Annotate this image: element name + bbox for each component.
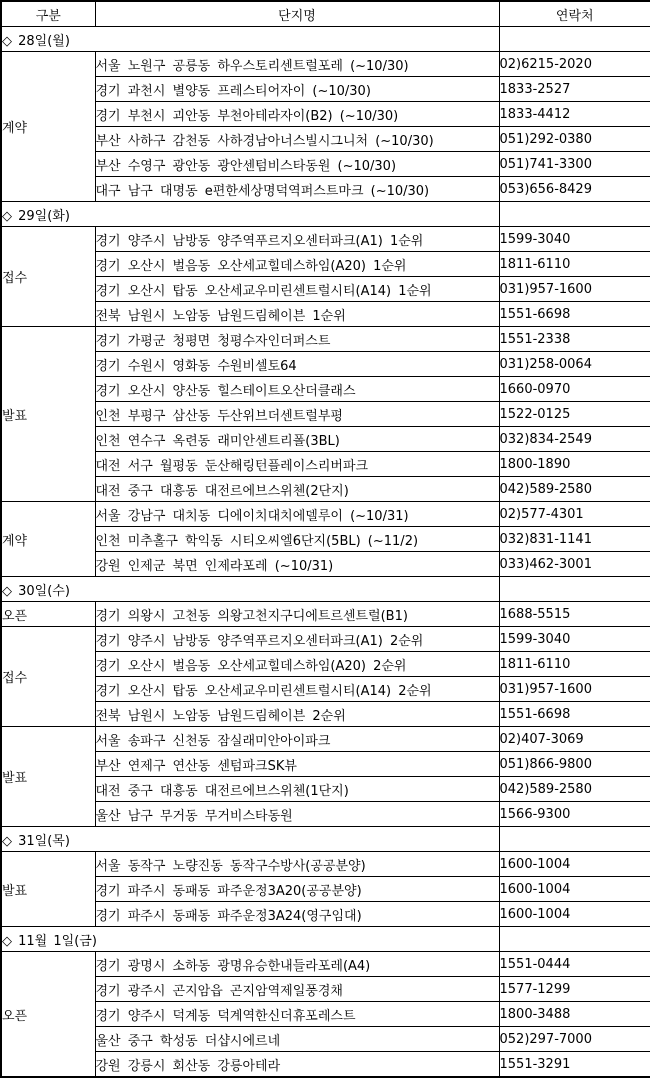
table-row: 경기 광주시 곤지암읍 곤지암역제일풍경채1577-1299: [1, 977, 650, 1002]
column-header-contact: 연락처: [499, 1, 650, 27]
date-row: ◇ 30일(수): [1, 577, 650, 602]
complex-name-cell: 전북 남원시 노암동 남원드림헤이븐 1순위: [95, 302, 499, 327]
complex-name-cell: 전북 남원시 노암동 남원드림헤이븐 2순위: [95, 702, 499, 727]
complex-name-cell: 서울 송파구 신천동 잠실래미안아이파크: [95, 727, 499, 752]
complex-name-cell: 경기 양주시 덕계동 덕계역한신더휴포레스트: [95, 1002, 499, 1027]
complex-name-cell: 경기 오산시 벌음동 오산세교힐데스하임(A20) 1순위: [95, 252, 499, 277]
table-row: 경기 부천시 괴안동 부천아테라자이(B2) (~10/30)1833-4412: [1, 102, 650, 127]
contact-cell: 1551-6698: [499, 702, 650, 727]
table-row: 부산 연제구 연산동 센텀파크SK뷰051)866-9800: [1, 752, 650, 777]
date-row-empty-contact-cell: [499, 577, 650, 602]
category-cell: 접수: [1, 227, 95, 327]
complex-name-cell: 경기 오산시 탑동 오산세교우미린센트럴시티(A14) 1순위: [95, 277, 499, 302]
complex-name-cell: 경기 오산시 벌음동 오산세교힐데스하임(A20) 2순위: [95, 652, 499, 677]
table-row: 인천 미추홀구 학익동 시티오씨엘6단지(5BL) (~11/2)032)831…: [1, 527, 650, 552]
contact-cell: 1833-4412: [499, 102, 650, 127]
contact-cell: 1688-5515: [499, 602, 650, 627]
table-row: 발표서울 송파구 신천동 잠실래미안아이파크02)407-3069: [1, 727, 650, 752]
contact-cell: 1599-3040: [499, 227, 650, 252]
table-row: 경기 오산시 양산동 힐스테이트오산더클래스1660-0970: [1, 377, 650, 402]
date-row-empty-contact-cell: [499, 27, 650, 52]
contact-cell: 032)831-1141: [499, 527, 650, 552]
table-row: 경기 파주시 동패동 파주운정3A24(영구임대)1600-1004: [1, 902, 650, 927]
category-cell: 발표: [1, 852, 95, 927]
date-row-empty-contact-cell: [499, 827, 650, 852]
table-row: 접수경기 양주시 남방동 양주역푸르지오센터파크(A1) 1순위1599-304…: [1, 227, 650, 252]
table-row: 계약서울 강남구 대치동 디에이치대치에델루이 (~10/31)02)577-4…: [1, 502, 650, 527]
complex-name-cell: 서울 강남구 대치동 디에이치대치에델루이 (~10/31): [95, 502, 499, 527]
complex-name-cell: 인천 연수구 옥련동 래미안센트리폴(3BL): [95, 427, 499, 452]
complex-name-cell: 경기 가평군 청평면 청평수자인더퍼스트: [95, 327, 499, 352]
date-label: ◇ 31일(목): [1, 827, 499, 852]
contact-cell: 1522-0125: [499, 402, 650, 427]
category-cell: 계약: [1, 502, 95, 577]
contact-cell: 032)834-2549: [499, 427, 650, 452]
complex-name-cell: 울산 남구 무거동 무거비스타동원: [95, 802, 499, 827]
complex-name-cell: 대전 서구 월평동 둔산해링턴플레이스리버파크: [95, 452, 499, 477]
complex-name-cell: 경기 오산시 탑동 오산세교우미린센트럴시티(A14) 2순위: [95, 677, 499, 702]
complex-name-cell: 경기 파주시 동패동 파주운정3A24(영구임대): [95, 902, 499, 927]
table-row: 경기 과천시 별양동 프레스티어자이 (~10/30)1833-2527: [1, 77, 650, 102]
contact-cell: 1811-6110: [499, 252, 650, 277]
table-row: 부산 사하구 감천동 사하경남아너스빌시그니처 (~10/30)051)292-…: [1, 127, 650, 152]
complex-name-cell: 부산 연제구 연산동 센텀파크SK뷰: [95, 752, 499, 777]
contact-cell: 1600-1004: [499, 852, 650, 877]
complex-name-cell: 경기 수원시 영화동 수원비셀토64: [95, 352, 499, 377]
date-label: ◇ 28일(월): [1, 27, 499, 52]
table-row: 계약서울 노원구 공릉동 하우스토리센트럴포레 (~10/30)02)6215-…: [1, 52, 650, 77]
contact-cell: 031)957-1600: [499, 277, 650, 302]
contact-cell: 051)741-3300: [499, 152, 650, 177]
category-cell: 발표: [1, 727, 95, 827]
contact-cell: 053)656-8429: [499, 177, 650, 202]
contact-cell: 033)462-3001: [499, 552, 650, 577]
contact-cell: 1599-3040: [499, 627, 650, 652]
table-row: 오픈경기 의왕시 고천동 의왕고천지구디에트르센트럴(B1)1688-5515: [1, 602, 650, 627]
contact-cell: 042)589-2580: [499, 777, 650, 802]
contact-cell: 052)297-7000: [499, 1027, 650, 1052]
contact-cell: 1800-1890: [499, 452, 650, 477]
table-row: 대구 남구 대명동 e편한세상명덕역퍼스트마크 (~10/30)053)656-…: [1, 177, 650, 202]
complex-name-cell: 강원 인제군 북면 인제라포레 (~10/31): [95, 552, 499, 577]
contact-cell: 1577-1299: [499, 977, 650, 1002]
complex-name-cell: 경기 파주시 동패동 파주운정3A20(공공분양): [95, 877, 499, 902]
complex-name-cell: 서울 노원구 공릉동 하우스토리센트럴포레 (~10/30): [95, 52, 499, 77]
complex-name-cell: 인천 부평구 삼산동 두산위브더센트럴부평: [95, 402, 499, 427]
date-label: ◇ 29일(화): [1, 202, 499, 227]
complex-name-cell: 대전 중구 대흥동 대전르에브스위첸(1단지): [95, 777, 499, 802]
date-row: ◇ 11월 1일(금): [1, 927, 650, 952]
category-cell: 접수: [1, 627, 95, 727]
category-cell: 계약: [1, 52, 95, 202]
contact-cell: 1600-1004: [499, 877, 650, 902]
table-row: 경기 오산시 탑동 오산세교우미린센트럴시티(A14) 2순위031)957-1…: [1, 677, 650, 702]
contact-cell: 1600-1004: [499, 902, 650, 927]
date-label: ◇ 30일(수): [1, 577, 499, 602]
contact-cell: 031)258-0064: [499, 352, 650, 377]
contact-cell: 1811-6110: [499, 652, 650, 677]
table-row: 전북 남원시 노암동 남원드림헤이븐 2순위1551-6698: [1, 702, 650, 727]
category-cell: 발표: [1, 327, 95, 502]
complex-name-cell: 경기 의왕시 고천동 의왕고천지구디에트르센트럴(B1): [95, 602, 499, 627]
complex-name-cell: 경기 과천시 별양동 프레스티어자이 (~10/30): [95, 77, 499, 102]
table-row: 접수경기 양주시 남방동 양주역푸르지오센터파크(A1) 2순위1599-304…: [1, 627, 650, 652]
table-row: 대전 서구 월평동 둔산해링턴플레이스리버파크1800-1890: [1, 452, 650, 477]
date-label: ◇ 11월 1일(금): [1, 927, 499, 952]
complex-name-cell: 강원 강릉시 회산동 강릉아테라: [95, 1052, 499, 1078]
table-row: 전북 남원시 노암동 남원드림헤이븐 1순위1551-6698: [1, 302, 650, 327]
contact-cell: 1566-9300: [499, 802, 650, 827]
contact-cell: 031)957-1600: [499, 677, 650, 702]
complex-name-cell: 경기 광명시 소하동 광명유승한내들라포레(A4): [95, 952, 499, 977]
category-cell: 오픈: [1, 602, 95, 627]
category-cell: 오픈: [1, 952, 95, 1078]
table-row: 발표서울 동작구 노량진동 동작구수방사(공공분양)1600-1004: [1, 852, 650, 877]
table-row: 인천 부평구 삼산동 두산위브더센트럴부평1522-0125: [1, 402, 650, 427]
column-header-complex-name: 단지명: [95, 1, 499, 27]
contact-cell: 1551-2338: [499, 327, 650, 352]
contact-cell: 1551-6698: [499, 302, 650, 327]
complex-name-cell: 부산 수영구 광안동 광안센텀비스타동원 (~10/30): [95, 152, 499, 177]
contact-cell: 1551-0444: [499, 952, 650, 977]
contact-cell: 02)407-3069: [499, 727, 650, 752]
table-row: 강원 인제군 북면 인제라포레 (~10/31)033)462-3001: [1, 552, 650, 577]
date-row: ◇ 28일(월): [1, 27, 650, 52]
table-row: 강원 강릉시 회산동 강릉아테라1551-3291: [1, 1052, 650, 1078]
contact-cell: 051)292-0380: [499, 127, 650, 152]
table-row: 경기 오산시 탑동 오산세교우미린센트럴시티(A14) 1순위031)957-1…: [1, 277, 650, 302]
subscription-schedule-table: 구분 단지명 연락처 ◇ 28일(월)계약서울 노원구 공릉동 하우스토리센트럴…: [0, 0, 650, 1078]
date-row-empty-contact-cell: [499, 927, 650, 952]
contact-cell: 02)577-4301: [499, 502, 650, 527]
header-row: 구분 단지명 연락처: [1, 1, 650, 27]
table-row: 대전 중구 대흥동 대전르에브스위첸(1단지)042)589-2580: [1, 777, 650, 802]
complex-name-cell: 울산 중구 학성동 더샵시에르네: [95, 1027, 499, 1052]
table-row: 경기 오산시 벌음동 오산세교힐데스하임(A20) 2순위1811-6110: [1, 652, 650, 677]
complex-name-cell: 경기 광주시 곤지암읍 곤지암역제일풍경채: [95, 977, 499, 1002]
complex-name-cell: 경기 양주시 남방동 양주역푸르지오센터파크(A1) 2순위: [95, 627, 499, 652]
complex-name-cell: 서울 동작구 노량진동 동작구수방사(공공분양): [95, 852, 499, 877]
contact-cell: 1800-3488: [499, 1002, 650, 1027]
contact-cell: 02)6215-2020: [499, 52, 650, 77]
date-row: ◇ 29일(화): [1, 202, 650, 227]
table-row: 오픈경기 광명시 소하동 광명유승한내들라포레(A4)1551-0444: [1, 952, 650, 977]
contact-cell: 051)866-9800: [499, 752, 650, 777]
complex-name-cell: 인천 미추홀구 학익동 시티오씨엘6단지(5BL) (~11/2): [95, 527, 499, 552]
date-row-empty-contact-cell: [499, 202, 650, 227]
complex-name-cell: 부산 사하구 감천동 사하경남아너스빌시그니처 (~10/30): [95, 127, 499, 152]
complex-name-cell: 대구 남구 대명동 e편한세상명덕역퍼스트마크 (~10/30): [95, 177, 499, 202]
complex-name-cell: 대전 중구 대흥동 대전르에브스위첸(2단지): [95, 477, 499, 502]
contact-cell: 042)589-2580: [499, 477, 650, 502]
complex-name-cell: 경기 오산시 양산동 힐스테이트오산더클래스: [95, 377, 499, 402]
date-row: ◇ 31일(목): [1, 827, 650, 852]
table-row: 경기 양주시 덕계동 덕계역한신더휴포레스트1800-3488: [1, 1002, 650, 1027]
table-row: 발표경기 가평군 청평면 청평수자인더퍼스트1551-2338: [1, 327, 650, 352]
column-header-category: 구분: [1, 1, 95, 27]
complex-name-cell: 경기 부천시 괴안동 부천아테라자이(B2) (~10/30): [95, 102, 499, 127]
table-row: 부산 수영구 광안동 광안센텀비스타동원 (~10/30)051)741-330…: [1, 152, 650, 177]
complex-name-cell: 경기 양주시 남방동 양주역푸르지오센터파크(A1) 1순위: [95, 227, 499, 252]
table-row: 경기 수원시 영화동 수원비셀토64031)258-0064: [1, 352, 650, 377]
table-row: 울산 남구 무거동 무거비스타동원1566-9300: [1, 802, 650, 827]
table-row: 대전 중구 대흥동 대전르에브스위첸(2단지)042)589-2580: [1, 477, 650, 502]
contact-cell: 1551-3291: [499, 1052, 650, 1078]
contact-cell: 1660-0970: [499, 377, 650, 402]
table-row: 경기 오산시 벌음동 오산세교힐데스하임(A20) 1순위1811-6110: [1, 252, 650, 277]
table-row: 울산 중구 학성동 더샵시에르네052)297-7000: [1, 1027, 650, 1052]
table-row: 경기 파주시 동패동 파주운정3A20(공공분양)1600-1004: [1, 877, 650, 902]
table-row: 인천 연수구 옥련동 래미안센트리폴(3BL)032)834-2549: [1, 427, 650, 452]
contact-cell: 1833-2527: [499, 77, 650, 102]
